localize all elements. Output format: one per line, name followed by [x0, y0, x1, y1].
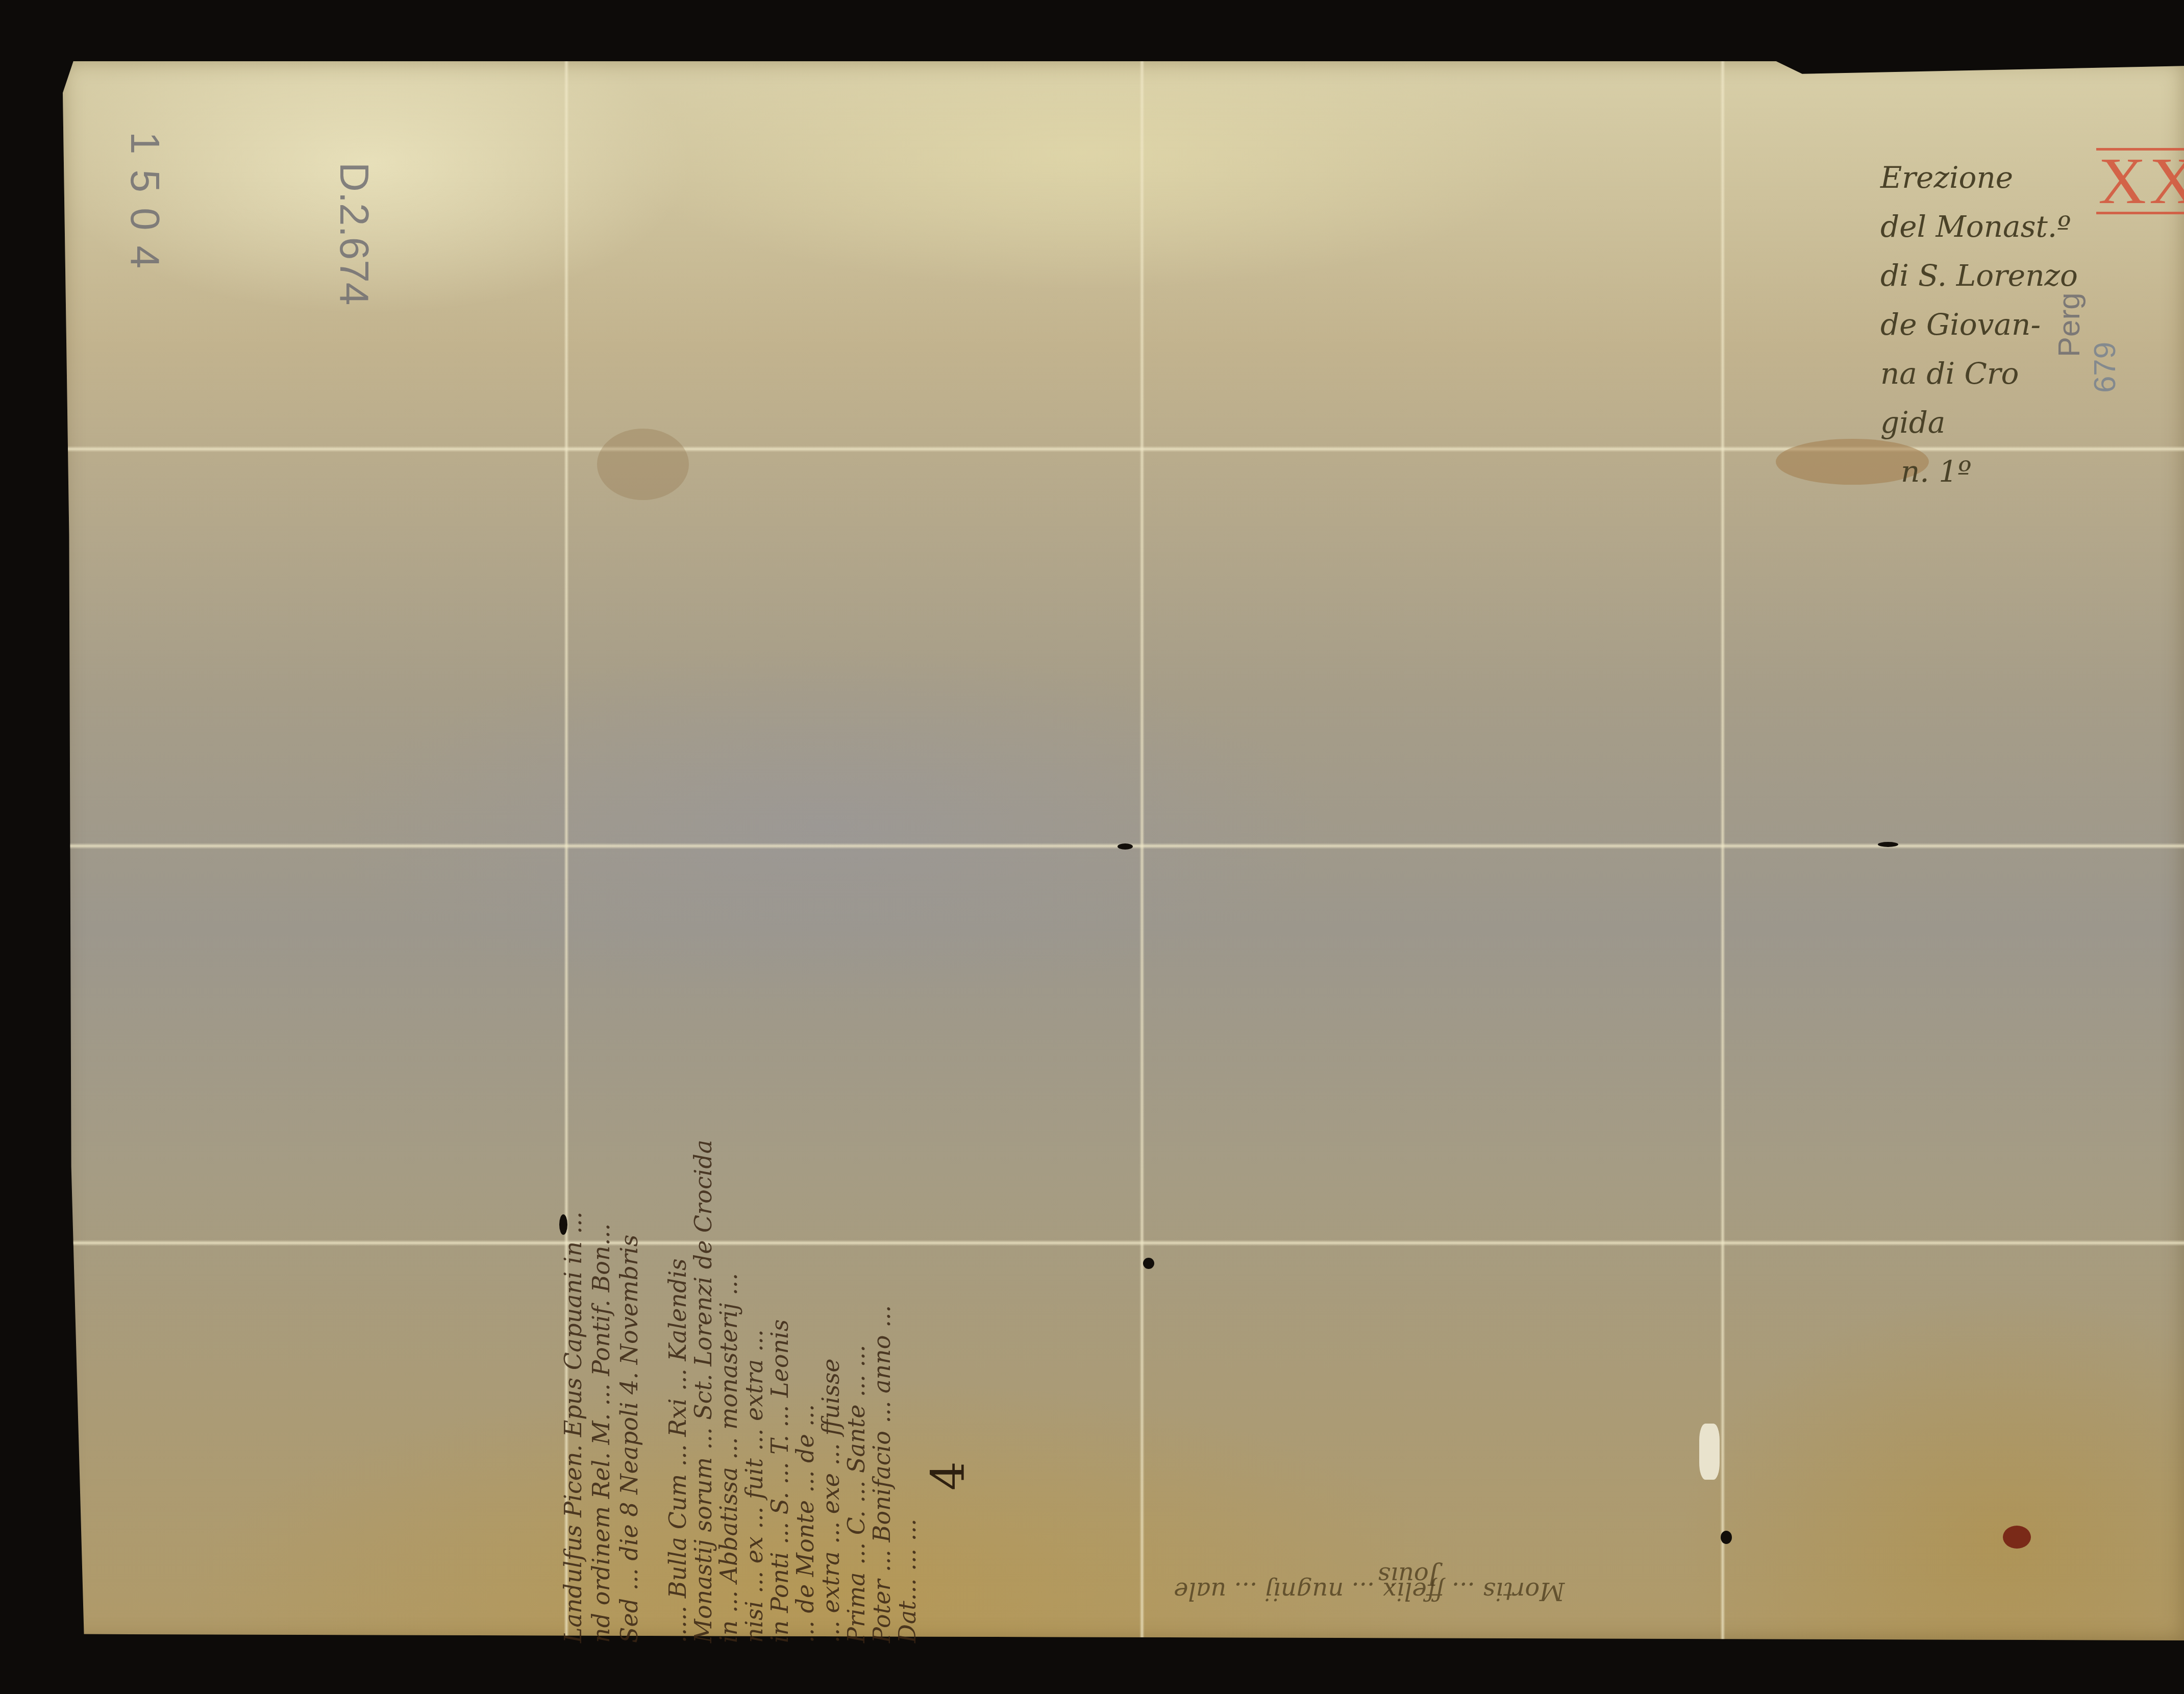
- pencil-margin-number: 1504: [121, 132, 168, 284]
- endorsement-line: na di Cro: [1880, 349, 2033, 398]
- endorsement-line: di S. Lorenzo: [1880, 251, 2033, 300]
- script-line: Sed ... die 8 Neapoli 4. Novembris: [615, 1235, 643, 1643]
- archival-endorsement: Erezione del Monast.º di S. Lorenzo de G…: [1880, 153, 2033, 496]
- brown-stain: [597, 429, 689, 500]
- pencil-shelfmark: D.2.674: [331, 162, 378, 305]
- upside-down-note: Jouis: [1378, 1561, 1438, 1590]
- script-line: Dat... ... ...: [894, 1518, 921, 1643]
- red-stain: [2003, 1526, 2031, 1549]
- red-roman-numeral: XXI: [2096, 148, 2184, 214]
- script-line: Landulfus Picen. Epus Capuani in ...: [559, 1211, 587, 1643]
- script-line: in ... Abbatissa ... monasterij ...: [715, 1273, 742, 1643]
- endorsement-line: de Giovan-: [1880, 300, 2033, 349]
- script-line: nisi ... ex ... fuit ... extra ...: [740, 1329, 768, 1643]
- fold-hole: [1721, 1531, 1732, 1544]
- script-line: in Ponti ... S. ... T. ... Leonis: [766, 1319, 793, 1643]
- rotated-script-block: Landulfus Picen. Epus Capuani in ... nd …: [564, 1245, 952, 1643]
- script-line: nd ordinem Rel. M. ... Pontif. Bon...: [587, 1224, 615, 1643]
- endorsement-line: gida: [1880, 398, 2033, 447]
- script-line: Prima ... C. ... Sante ... ...: [842, 1345, 870, 1643]
- pencil-ref-perg: Perg: [2051, 292, 2087, 357]
- parchment-sheet: [63, 61, 2184, 1640]
- fold-hole: [1878, 842, 1898, 847]
- horizontal-fold-line: [63, 1240, 2184, 1246]
- fold-hole: [1118, 843, 1133, 850]
- script-line: ... extra ... exe ... ffuisse: [817, 1358, 845, 1643]
- endorsement-line: del Monast.º: [1880, 202, 2033, 251]
- flaked-spot: [1699, 1424, 1720, 1480]
- fold-hole: [1143, 1258, 1154, 1269]
- vertical-fold-line: [1720, 61, 1725, 1640]
- endorsement-line: n. 1º: [1880, 447, 2033, 496]
- folio-mark: 4: [922, 1461, 975, 1490]
- vertical-fold-line: [1139, 61, 1145, 1640]
- script-line: ..... Bulla Cum ... Rxi ... Kalendis: [664, 1258, 691, 1643]
- pencil-ref-number: 679: [2087, 342, 2122, 393]
- script-line: Poter ... Bonifacio ... anno ...: [868, 1305, 896, 1643]
- endorsement-line: Erezione: [1880, 153, 2033, 202]
- script-line: Monastij sorum ... Sct. Lorenzi de Croci…: [689, 1140, 717, 1643]
- upside-down-note: Mortis ... ffelix ... nugnij ... uale: [1174, 1577, 1565, 1605]
- script-line: ... de Monte ... de ...: [791, 1404, 819, 1643]
